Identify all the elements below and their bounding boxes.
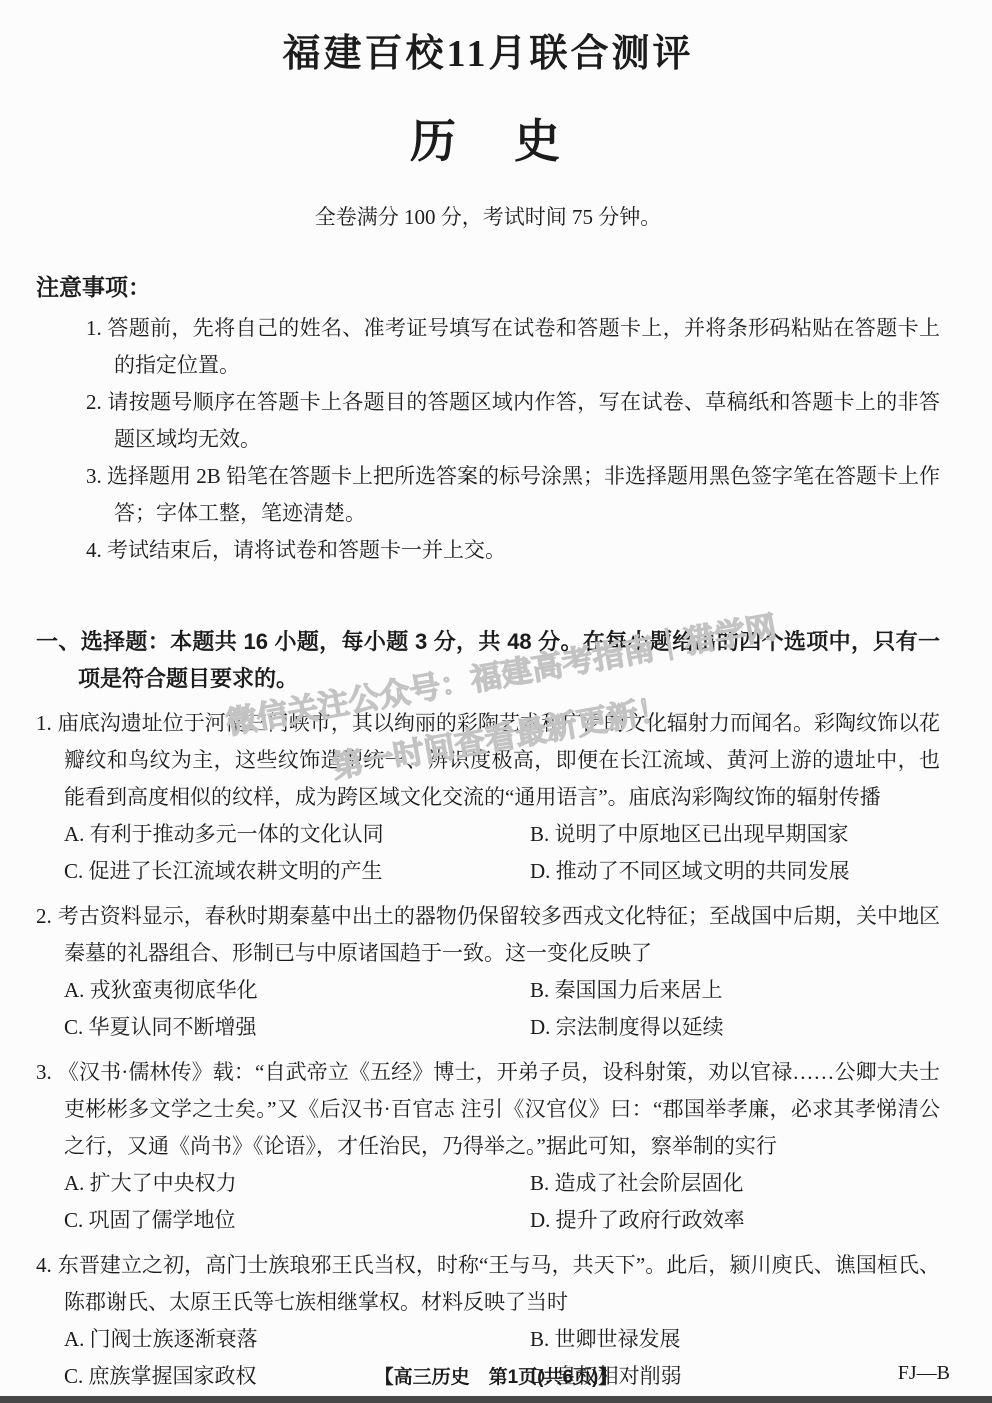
question-4-options-row-1: A. 门阀士族逐渐衰落 B. 世卿世禄发展	[36, 1321, 940, 1358]
question-2-stem: 2.考古资料显示，春秋时期秦墓中出土的器物仍保留较多西戎文化特征；至战国中后期，…	[36, 898, 940, 972]
question-2: 2.考古资料显示，春秋时期秦墓中出土的器物仍保留较多西戎文化特征；至战国中后期，…	[36, 898, 940, 1046]
question-2-option-a: A. 戎狄蛮夷彻底华化	[64, 972, 530, 1009]
footer-paper-code: FJ—B	[898, 1362, 950, 1385]
question-4-option-b: B. 世卿世禄发展	[530, 1321, 940, 1358]
exam-subject: 历 史	[36, 105, 940, 171]
question-1-option-a: A. 有利于推动多元一体的文化认同	[64, 816, 530, 853]
question-3-options-row-2: C. 巩固了儒学地位 D. 提升了政府行政效率	[36, 1202, 940, 1239]
notice-item-2: 2. 请按题号顺序在答题卡上各题目的答题区域内作答，写在试卷、草稿纸和答题卡上的…	[86, 384, 940, 458]
question-3-option-a: A. 扩大了中央权力	[64, 1165, 530, 1202]
notice-heading: 注意事项：	[36, 269, 940, 302]
question-2-options-row-2: C. 华夏认同不断增强 D. 宗法制度得以延续	[36, 1009, 940, 1046]
question-4-text: 东晋建立之初，高门士族琅邪王氏当权，时称“王与马，共天下”。此后，颍川庾氏、谯国…	[58, 1253, 940, 1314]
question-2-option-c: C. 华夏认同不断增强	[64, 1009, 530, 1046]
question-1-number: 1.	[36, 711, 52, 735]
notice-list: 1. 答题前，先将自己的姓名、准考证号填写在试卷和答题卡上，并将条形码粘贴在答题…	[36, 310, 940, 569]
question-3-option-c: C. 巩固了儒学地位	[64, 1202, 530, 1239]
question-1-option-c: C. 促进了长江流域农耕文明的产生	[64, 853, 530, 890]
notice-item-4: 4. 考试结束后，请将试卷和答题卡一并上交。	[86, 532, 940, 569]
question-4-option-a: A. 门阀士族逐渐衰落	[64, 1321, 530, 1358]
exam-title: 福建百校11月联合测评	[36, 12, 940, 77]
question-1-option-d: D. 推动了不同区域文明的共同发展	[530, 853, 940, 890]
question-3: 3.《汉书·儒林传》载：“自武帝立《五经》博士，开弟子员，设科射策，劝以官禄………	[36, 1054, 940, 1239]
notice-item-3: 3. 选择题用 2B 铅笔在答题卡上把所选答案的标号涂黑；非选择题用黑色签字笔在…	[86, 458, 940, 532]
question-3-stem: 3.《汉书·儒林传》载：“自武帝立《五经》博士，开弟子员，设科射策，劝以官禄………	[36, 1054, 940, 1165]
question-3-option-b: B. 造成了社会阶层固化	[530, 1165, 940, 1202]
scan-edge-artifact	[0, 1396, 992, 1403]
footer-page-label: 【高三历史 第1页(共6页)】	[375, 1367, 618, 1388]
question-1-stem: 1.庙底沟遗址位于河南三门峡市，其以绚丽的彩陶艺术和广泛的文化辐射力而闻名。彩陶…	[36, 705, 940, 816]
question-4-number: 4.	[36, 1253, 52, 1277]
notice-item-1: 1. 答题前，先将自己的姓名、准考证号填写在试卷和答题卡上，并将条形码粘贴在答题…	[86, 310, 940, 384]
section-heading: 一、选择题：本题共 16 小题，每小题 3 分，共 48 分。在每小题给出的四个…	[36, 623, 940, 697]
exam-paper-page: 微信关注公众号：福建高考指南｜猎学网 第一时间查看最新更新！ 福建百校11月联合…	[0, 0, 992, 1403]
question-3-number: 3.	[36, 1060, 52, 1084]
question-2-text: 考古资料显示，春秋时期秦墓中出土的器物仍保留较多西戎文化特征；至战国中后期，关中…	[58, 904, 940, 965]
question-1-options-row-2: C. 促进了长江流域农耕文明的产生 D. 推动了不同区域文明的共同发展	[36, 853, 940, 890]
question-2-options-row-1: A. 戎狄蛮夷彻底华化 B. 秦国国力后来居上	[36, 972, 940, 1009]
question-2-number: 2.	[36, 904, 52, 928]
page-footer: 【高三历史 第1页(共6页)】 FJ—B	[0, 1362, 992, 1389]
question-1-option-b: B. 说明了中原地区已出现早期国家	[530, 816, 940, 853]
question-3-text: 《汉书·儒林传》载：“自武帝立《五经》博士，开弟子员，设科射策，劝以官禄……公卿…	[58, 1060, 940, 1158]
question-1-text: 庙底沟遗址位于河南三门峡市，其以绚丽的彩陶艺术和广泛的文化辐射力而闻名。彩陶纹饰…	[58, 711, 940, 809]
question-3-options-row-1: A. 扩大了中央权力 B. 造成了社会阶层固化	[36, 1165, 940, 1202]
exam-info-line: 全卷满分 100 分，考试时间 75 分钟。	[36, 201, 940, 231]
question-2-option-b: B. 秦国国力后来居上	[530, 972, 940, 1009]
question-1-options-row-1: A. 有利于推动多元一体的文化认同 B. 说明了中原地区已出现早期国家	[36, 816, 940, 853]
question-3-option-d: D. 提升了政府行政效率	[530, 1202, 940, 1239]
question-2-option-d: D. 宗法制度得以延续	[530, 1009, 940, 1046]
question-4-stem: 4.东晋建立之初，高门士族琅邪王氏当权，时称“王与马，共天下”。此后，颍川庾氏、…	[36, 1247, 940, 1321]
question-1: 1.庙底沟遗址位于河南三门峡市，其以绚丽的彩陶艺术和广泛的文化辐射力而闻名。彩陶…	[36, 705, 940, 890]
